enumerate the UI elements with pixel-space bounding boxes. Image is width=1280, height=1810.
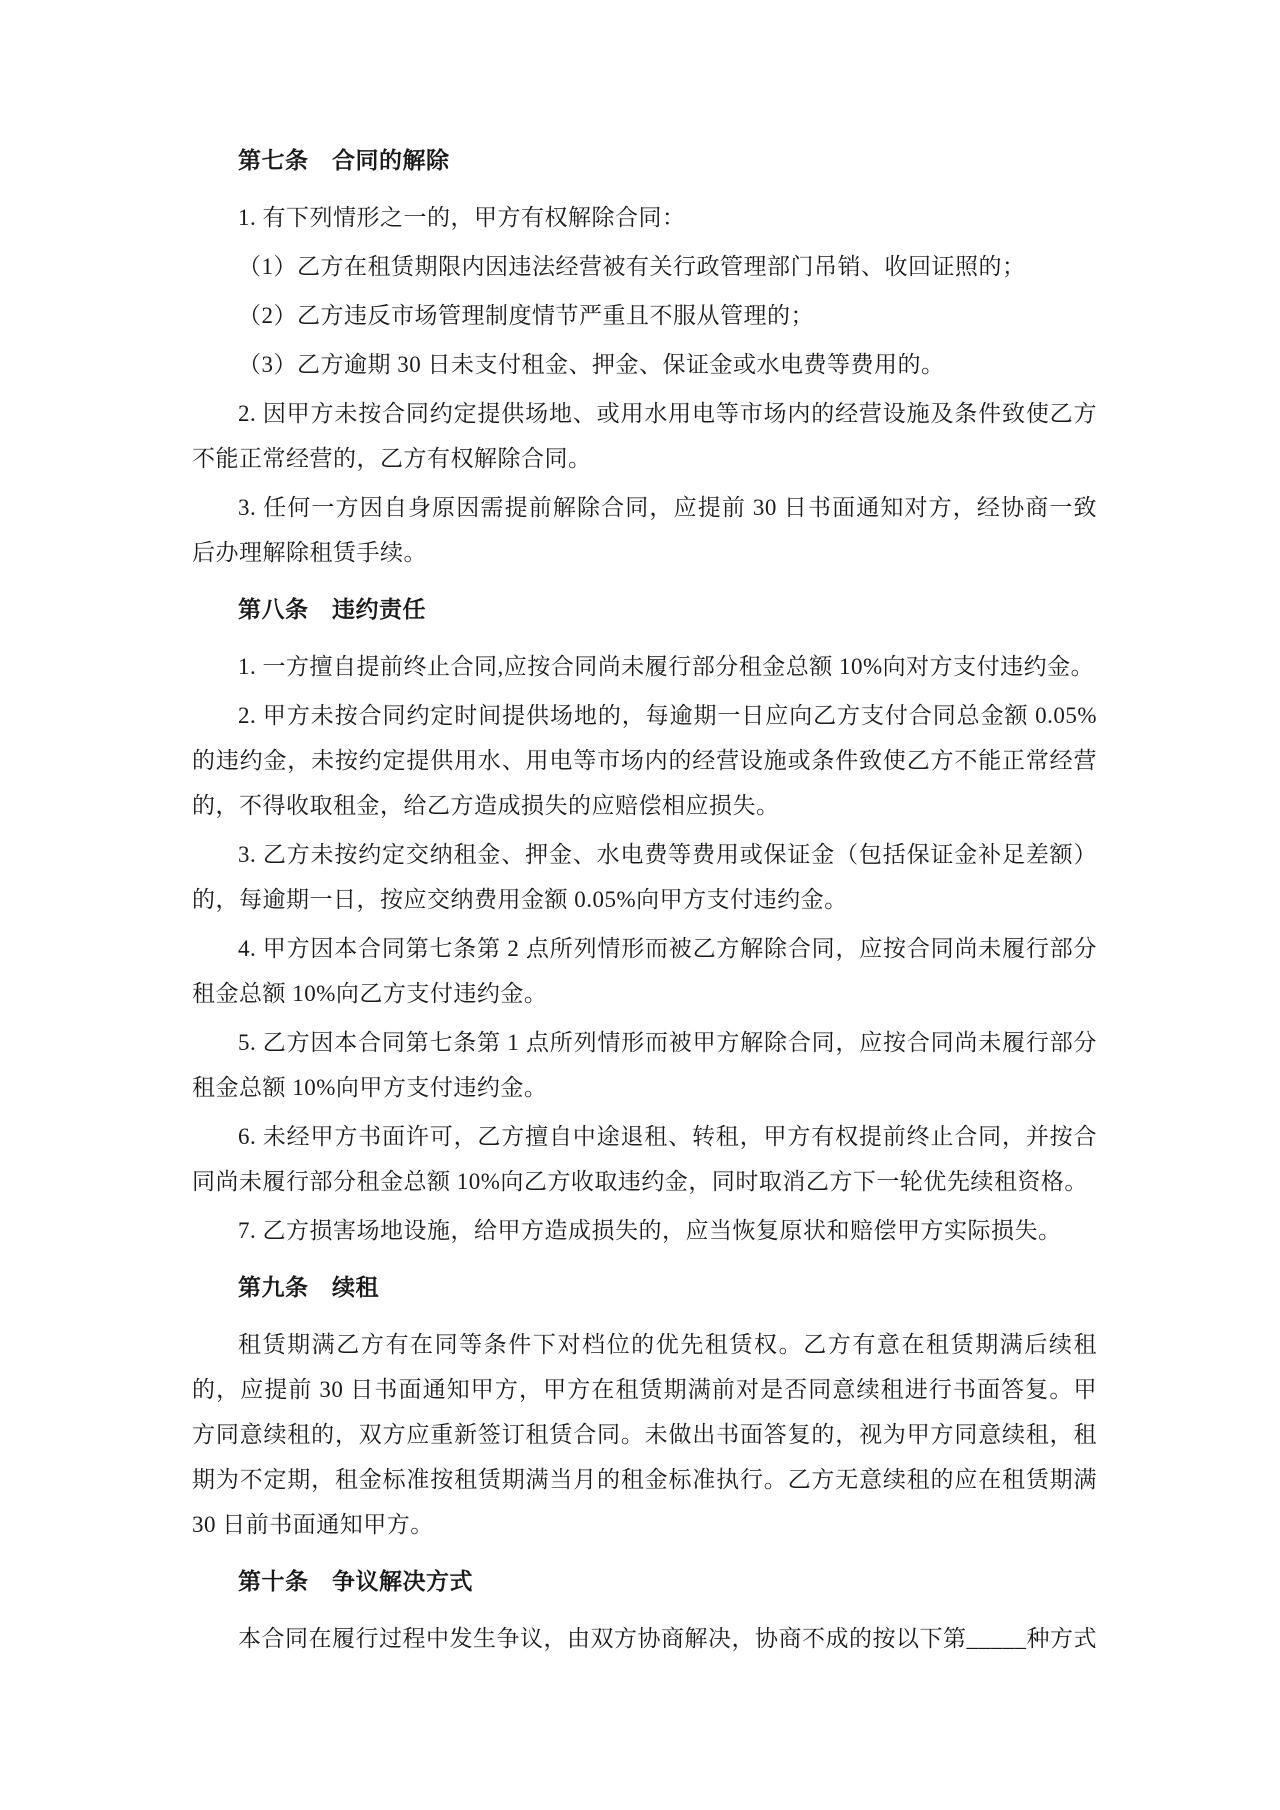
clause-paragraph: （1）乙方在租赁期限内因违法经营被有关行政管理部门吊销、收回证照的；: [192, 244, 1097, 289]
document-body: 第七条 合同的解除1. 有下列情形之一的，甲方有权解除合同：（1）乙方在租赁期限…: [192, 138, 1097, 1661]
clause-paragraph: 3. 任何一方因自身原因需提前解除合同，应提前 30 日书面通知对方，经协商一致…: [192, 485, 1097, 575]
clause-paragraph: 2. 因甲方未按合同约定提供场地、或用水用电等市场内的经营设施及条件致使乙方不能…: [192, 391, 1097, 481]
clause-paragraph: 4. 甲方因本合同第七条第 2 点所列情形而被乙方解除合同，应按合同尚未履行部分…: [192, 926, 1097, 1016]
clause-paragraph: 5. 乙方因本合同第七条第 1 点所列情形而被甲方解除合同，应按合同尚未履行部分…: [192, 1020, 1097, 1110]
clause-paragraph: 租赁期满乙方有在同等条件下对档位的优先租赁权。乙方有意在租赁期满后续租的，应提前…: [192, 1322, 1097, 1547]
clause-paragraph: （3）乙方逾期 30 日未支付租金、押金、保证金或水电费等费用的。: [192, 342, 1097, 387]
clause-paragraph: 1. 一方擅自提前终止合同,应按合同尚未履行部分租金总额 10%向对方支付违约金…: [192, 644, 1097, 689]
clause-paragraph: 3. 乙方未按约定交纳租金、押金、水电费等费用或保证金（包括保证金补足差额）的，…: [192, 832, 1097, 922]
article-heading: 第十条 争议解决方式: [192, 1559, 1097, 1604]
clause-paragraph: 7. 乙方损害场地设施，给甲方造成损失的，应当恢复原状和赔偿甲方实际损失。: [192, 1208, 1097, 1253]
contract-page: 第七条 合同的解除1. 有下列情形之一的，甲方有权解除合同：（1）乙方在租赁期限…: [0, 0, 1280, 1810]
article-heading: 第九条 续租: [192, 1265, 1097, 1310]
clause-paragraph: 1. 有下列情形之一的，甲方有权解除合同：: [192, 195, 1097, 240]
clause-paragraph: 2. 甲方未按合同约定时间提供场地的，每逾期一日应向乙方支付合同总金额 0.05…: [192, 693, 1097, 828]
clause-paragraph: （2）乙方违反市场管理制度情节严重且不服从管理的；: [192, 293, 1097, 338]
clause-paragraph: 本合同在履行过程中发生争议，由双方协商解决，协商不成的按以下第_____种方式: [192, 1616, 1097, 1661]
article-heading: 第八条 违约责任: [192, 587, 1097, 632]
clause-paragraph: 6. 未经甲方书面许可，乙方擅自中途退租、转租，甲方有权提前终止合同，并按合同尚…: [192, 1114, 1097, 1204]
article-heading: 第七条 合同的解除: [192, 138, 1097, 183]
